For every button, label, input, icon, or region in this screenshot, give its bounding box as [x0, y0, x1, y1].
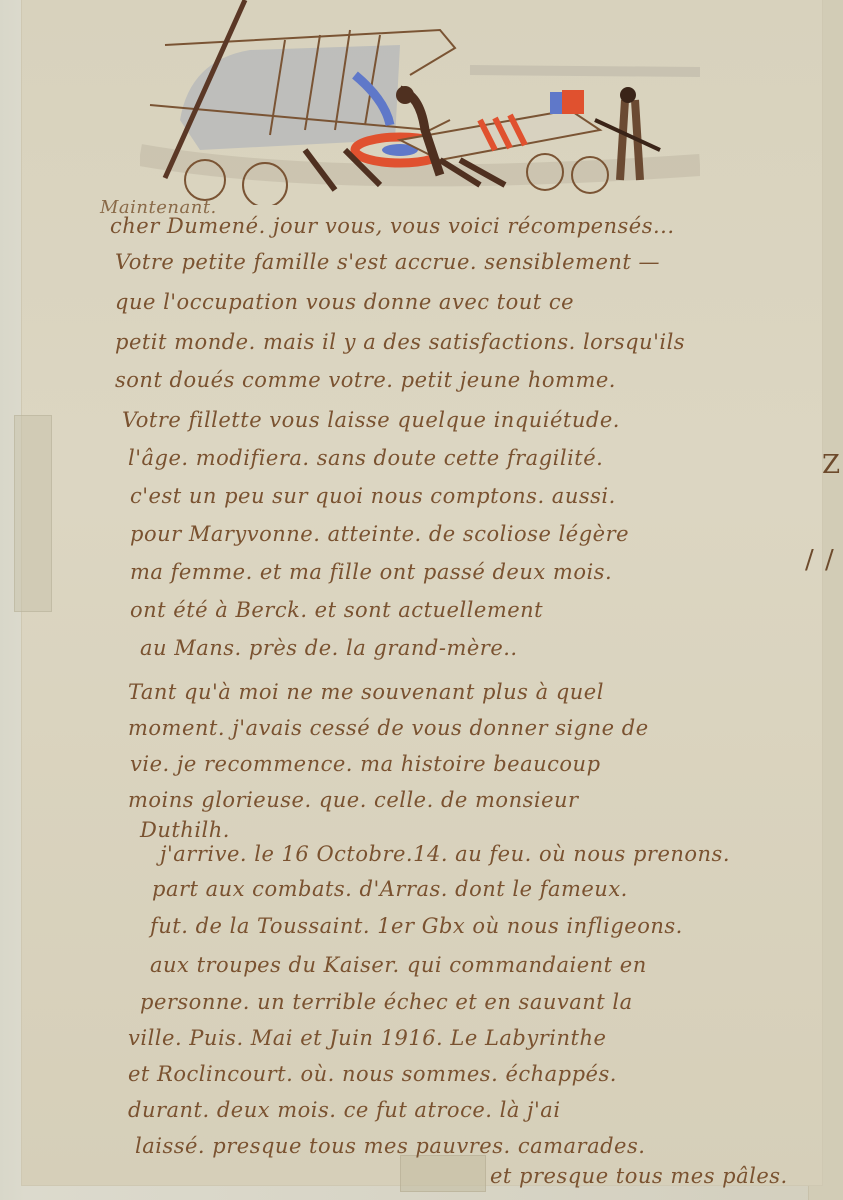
letter-line: que l'occupation vous donne avec tout ce: [115, 290, 574, 314]
letter-line: personne. un terrible échec et en sauvan…: [140, 990, 633, 1014]
letter-line: c'est un peu sur quoi nous comptons. aus…: [130, 484, 616, 508]
letter-line: aux troupes du Kaiser. qui commandaient …: [150, 953, 647, 977]
letter-line: j'arrive. le 16 Octobre.14. au feu. où n…: [160, 842, 730, 866]
letter-line: laissé. presque tous mes pauvres. camara…: [135, 1134, 645, 1158]
letter-line: et Roclincourt. où. nous sommes. échappé…: [128, 1062, 617, 1086]
letter-line: au Mans. près de. la grand-mère..: [140, 636, 518, 660]
letter-line: durant. deux mois. ce fut atroce. là j'a…: [128, 1098, 561, 1122]
letter-line: Duthilh.: [140, 818, 230, 842]
letter-line: pour Maryvonne. atteinte. de scoliose lé…: [130, 522, 629, 546]
letter-line: sont doués comme votre. petit jeune homm…: [115, 368, 616, 392]
letter-line: vie. je recommence. ma histoire beaucoup: [130, 752, 601, 776]
letter-line: petit monde. mais il y a des satisfactio…: [115, 330, 685, 354]
letter-line: ma femme. et ma fille ont passé deux moi…: [130, 560, 612, 584]
letter-line: moins glorieuse. que. celle. de monsieur: [128, 788, 579, 812]
letter-line: l'âge. modifiera. sans doute cette fragi…: [128, 446, 603, 470]
letter-line: ville. Puis. Mai et Juin 1916. Le Labyri…: [128, 1026, 606, 1050]
letter-line: part aux combats. d'Arras. dont le fameu…: [152, 877, 628, 901]
handwritten-letter-text: Maintenant. cher Dumené. jour vous, vous…: [0, 0, 843, 1200]
letter-line: moment. j'avais cessé de vous donner sig…: [128, 716, 649, 740]
letter-line: fut. de la Toussaint. 1er Gbx où nous in…: [150, 914, 683, 938]
letter-line: Votre petite famille s'est accrue. sensi…: [115, 250, 660, 274]
letter-line: Votre fillette vous laisse quelque inqui…: [122, 408, 620, 432]
letter-line: et presque tous mes pâles.: [490, 1164, 788, 1188]
letter-line: ont été à Berck. et sont actuellement: [130, 598, 543, 622]
margin-mark: Z: [822, 450, 840, 480]
margin-mark: /: [805, 545, 814, 575]
margin-mark: /: [825, 545, 834, 575]
letter-line: Tant qu'à moi ne me souvenant plus à que…: [128, 680, 604, 704]
letter-line: cher Dumené. jour vous, vous voici récom…: [110, 214, 675, 238]
